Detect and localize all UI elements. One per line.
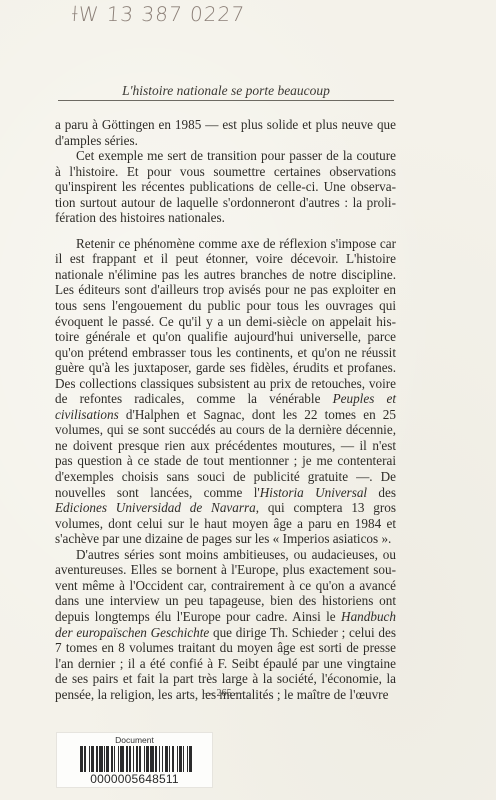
paragraph: Cet exemple me sert de transition pour p…	[55, 148, 396, 226]
running-head: L'histoire nationale se porte beaucoup	[58, 83, 394, 99]
italic-title: Historia Universal	[260, 485, 367, 500]
paragraph: a paru à Göttingen en 1985 — est plus so…	[55, 117, 396, 148]
body-text: a paru à Göttingen en 1985 — est plus so…	[55, 117, 396, 702]
italic-title: Ediciones Universidad de Navarra	[55, 500, 256, 515]
barcode-number: 0000005648511	[57, 772, 212, 786]
page-number: — 265 —	[198, 688, 250, 699]
header-rule	[58, 100, 394, 101]
paragraph: Retenir ce phénomène comme axe de réflex…	[55, 236, 396, 547]
barcode-title: Document	[57, 735, 212, 745]
handwritten-catalog-note: ƚW 13 387 0227	[71, 2, 246, 26]
text-run: a paru à Göttingen en 1985 — est plus so…	[55, 117, 396, 148]
barcode-label: Document 0000005648511	[56, 732, 213, 788]
paragraph: D'autres séries sont moins ambitieuses, …	[55, 547, 396, 702]
text-run: Cet exemple me sert de transition pour p…	[55, 148, 396, 225]
text-run: Retenir ce phénomène comme axe de réflex…	[55, 236, 396, 406]
barcode-icon	[80, 746, 192, 772]
barcode-bar	[189, 746, 192, 772]
text-run: des	[367, 485, 396, 500]
